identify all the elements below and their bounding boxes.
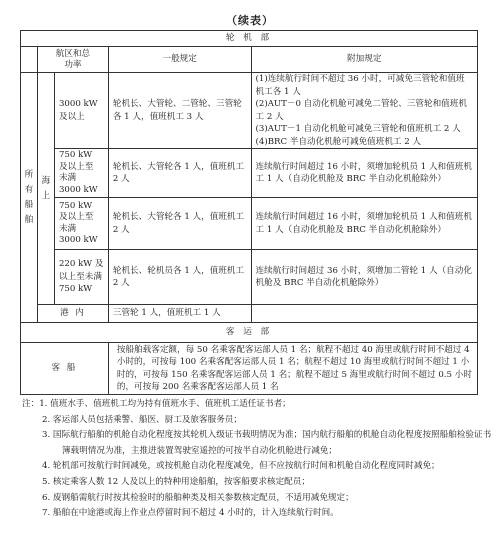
all-ships-label: 所 有 船 舶 (21, 73, 38, 323)
additional-cell: 连续航行时间超过 16 小时，须增加轮机员 1 人和值班机工 1 人（自动化机舱… (251, 198, 477, 250)
note-item: 6. 废钢船需航行时按其检验时的船舶种类及相关参数核定配员，不适用减免规定； (22, 491, 492, 507)
power-cell: 750 kW 及以上至 未满 3000 kW (54, 149, 108, 198)
crew-manning-table: 轮 机 部 航区和总 功率 一般规定 附加规定 所 有 船 舶 海 上 3000… (20, 30, 478, 395)
additional-cell: 连续航行时间超过 36 小时，须增加二管轮 1 人（自动化机舱及 BRC 半自动… (251, 250, 477, 305)
table-row-port: 港 内 三管轮 1 人，值班机工 1 人 (21, 305, 478, 323)
notes-section: 注：1. 值班水手、值班机工均为持有值班水手、值班机工适任证书者； 2. 客运部… (22, 397, 492, 522)
port-label: 港 内 (37, 305, 108, 323)
power-cell: 220 kW 及以上至未满 750 kW (54, 250, 108, 305)
note-item: 注：1. 值班水手、值班机工均为持有值班水手、值班机工适任证书者； (22, 397, 492, 413)
table-caption: （续表） (0, 12, 500, 28)
header-additional: 附加规定 (251, 47, 477, 73)
additional-cell: (1)连续航行时间不超过 36 小时，可减免三管轮和值班机工各 1 人 (2)A… (251, 73, 477, 149)
table-row: 750 kW 及以上至 未满 3000 kW 轮机长、大管轮各 1 人，值班机工… (21, 149, 478, 198)
engine-dept-title: 轮 机 部 (21, 31, 478, 47)
note-item: 3. 国际航行船舶的机舱自动化程度按其轮机入级证书载明情况为准；国内航行船舶的机… (22, 428, 492, 459)
note-item: 4. 轮机部可按航行时间减免，或按机舱自动化程度减免，但不应按航行时间和机舱自动… (22, 459, 492, 475)
general-cell: 轮机长、大管轮各 1 人，值班机工 2 人 (108, 198, 251, 250)
header-general: 一般规定 (108, 47, 251, 73)
note-item: 7. 船舶在中途港或海上作业点停留时间不超过 4 小时的，计入连续航行时间。 (22, 506, 492, 522)
additional-cell: 连续航行时间超过 16 小时，须增加轮机员 1 人和值班机工 1 人（自动化机舱… (251, 149, 477, 198)
header-zone-power: 航区和总 功率 (37, 47, 108, 73)
power-cell: 750 kW 及以上至 未满 3000 kW (54, 198, 108, 250)
port-general-cell: 三管轮 1 人，值班机工 1 人 (108, 305, 251, 323)
power-cell: 3000 kW 及以上 (54, 73, 108, 149)
sea-label: 海 上 (37, 73, 54, 305)
table-row: 220 kW 及以上至未满 750 kW 轮机长、轮机员各 1 人，值班机工 2… (21, 250, 478, 305)
passenger-ship-label: 客 船 (21, 343, 109, 395)
general-cell: 轮机长、大管轮各 1 人，值班机工 2 人 (108, 149, 251, 198)
table-row: 所 有 船 舶 海 上 3000 kW 及以上 轮机长、大管轮、二管轮、三管轮各… (21, 73, 478, 149)
note-item: 5. 核定乘客人数 12 人及以上的特种用途船舶，按客船要求核定配员； (22, 475, 492, 491)
header-blank (21, 47, 38, 73)
general-cell: 轮机长、轮机员各 1 人，值班机工 2 人 (108, 250, 251, 305)
note-item: 2. 客运部人员包括乘警、船医、厨工及旅客服务员； (22, 413, 492, 429)
table-row-passenger: 客 船 按船舶载客定额，每 50 名乘客配客运部人员 1 名；航程不超过 40 … (21, 343, 478, 395)
port-additional-cell (251, 305, 477, 323)
notes-prefix: 注： (22, 399, 39, 409)
general-cell: 轮机长、大管轮、二管轮、三管轮各 1 人，值班机工 3 人 (108, 73, 251, 149)
passenger-dept-title: 客 运 部 (21, 323, 478, 343)
table-row: 750 kW 及以上至 未满 3000 kW 轮机长、大管轮各 1 人，值班机工… (21, 198, 478, 250)
passenger-ship-rule: 按船舶载客定额，每 50 名乘客配客运部人员 1 名；航程不超过 40 海里或航… (108, 343, 477, 395)
